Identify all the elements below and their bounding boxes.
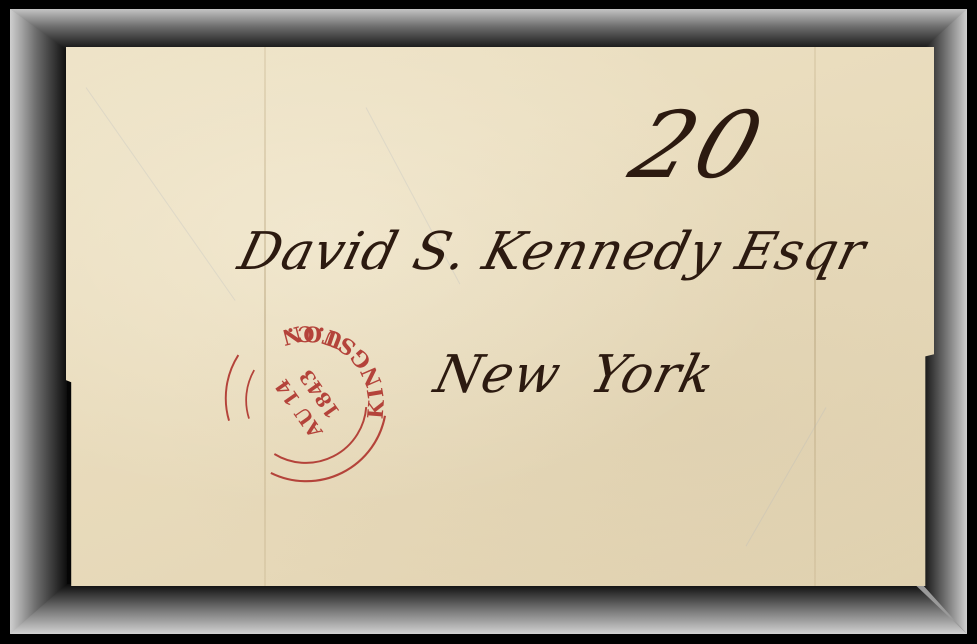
- addressee-city: New York: [429, 345, 721, 405]
- fold-line-right: [814, 47, 816, 586]
- paper-crease: [86, 87, 236, 301]
- letter-cover: [66, 47, 934, 586]
- frame-bevel-top: [10, 9, 967, 50]
- kingston-postmark: KINGSTON U.C. AU 14 1843: [210, 305, 405, 500]
- postmark-stamp-icon: KINGSTON U.C. AU 14 1843: [210, 305, 405, 500]
- frame-bevel-bottom: [10, 584, 967, 634]
- addressee-name: David S. Kennedy Esqr: [233, 222, 872, 282]
- frame-bevel-left: [10, 9, 67, 634]
